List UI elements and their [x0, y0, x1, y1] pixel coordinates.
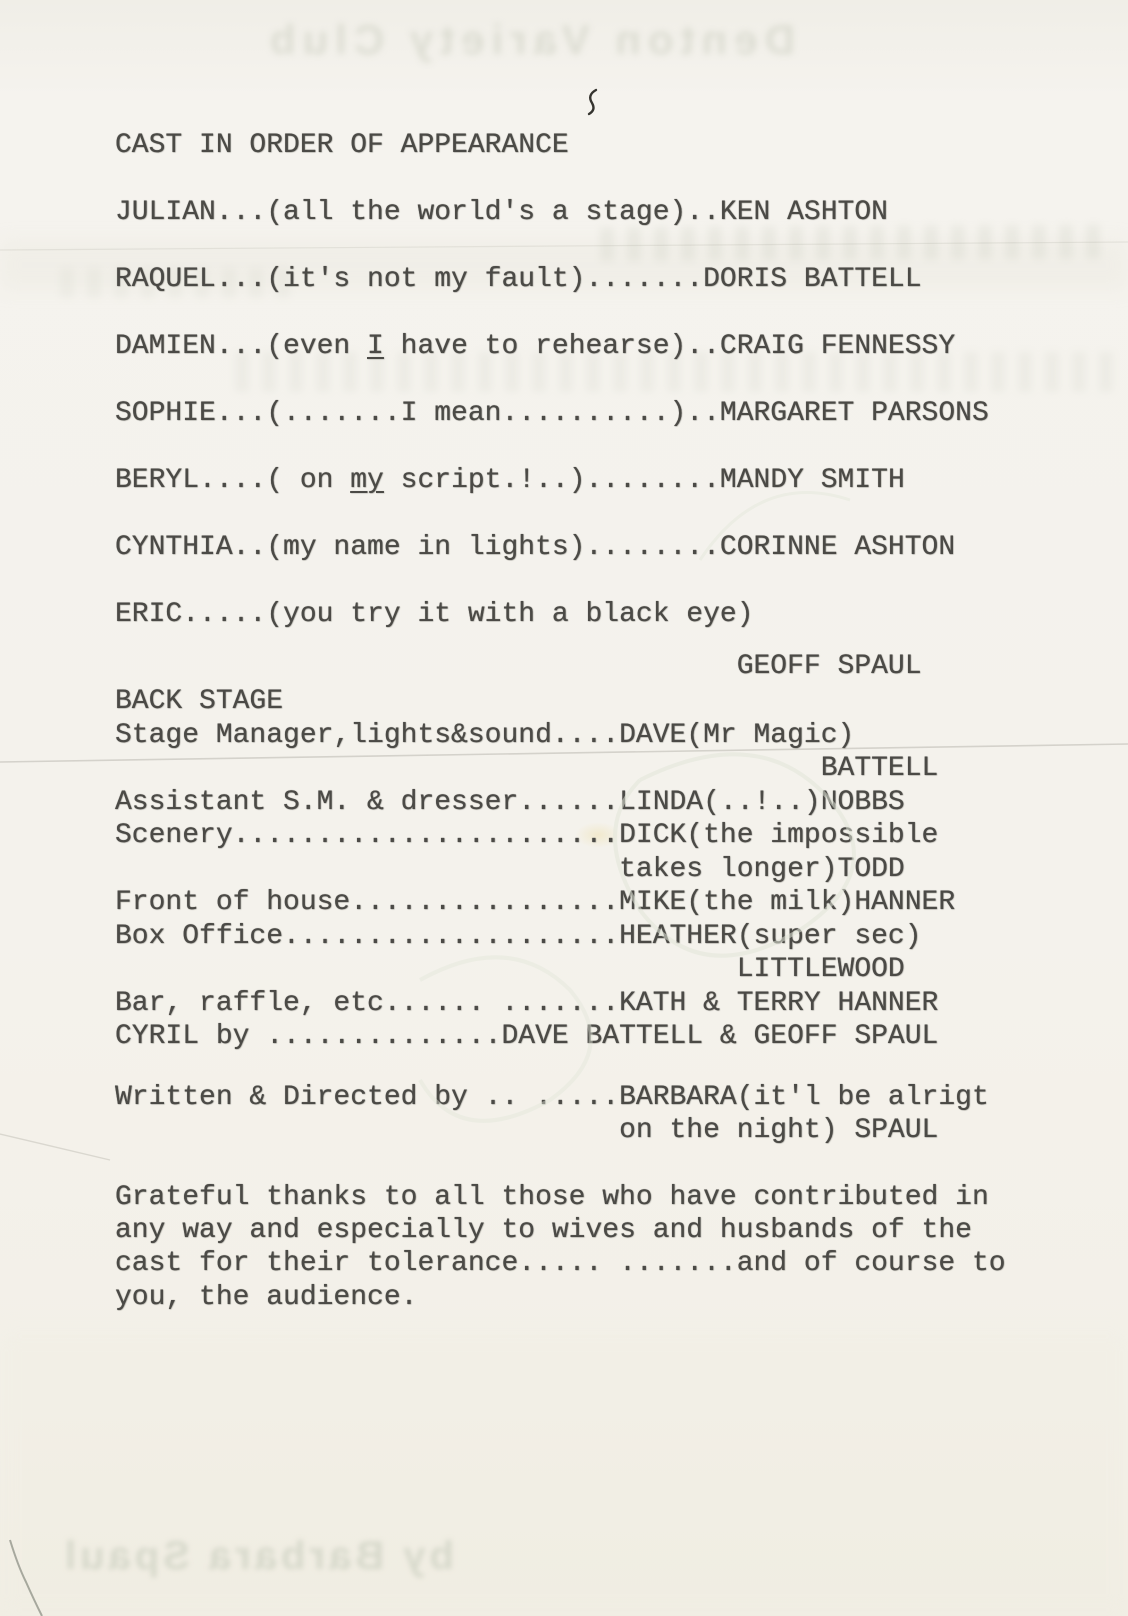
text-line: BATTELL — [115, 752, 1105, 786]
text-line: Assistant S.M. & dresser......LINDA(..!.… — [115, 786, 1105, 820]
thanks-section: Grateful thanks to all those who have co… — [115, 1181, 1105, 1315]
text-line: SOPHIE...(.......I mean..........)..MARG… — [115, 380, 1105, 447]
cast-section: CAST IN ORDER OF APPEARANCEJULIAN...(all… — [115, 112, 1105, 648]
cast-cont-section: GEOFF SPAUL — [115, 648, 1105, 685]
text-line: CYNTHIA..(my name in lights)........CORI… — [115, 514, 1105, 581]
paper-shading — [0, 1330, 1128, 1616]
text-line: CAST IN ORDER OF APPEARANCE — [115, 112, 1105, 179]
credits-section: Written & Directed by .. .....BARBARA(it… — [115, 1081, 1105, 1148]
text-line: RAQUEL...(it's not my fault).......DORIS… — [115, 246, 1105, 313]
ghost-text-top: Denton Variety Club — [195, 16, 795, 64]
text-line: Stage Manager,lights&sound....DAVE(Mr Ma… — [115, 719, 1105, 753]
text-line: cast for their tolerance..... .......and… — [115, 1247, 1105, 1280]
scanned-page: Denton Variety Club CAST IN ORDER OF APP… — [0, 0, 1128, 1616]
typed-text: CAST IN ORDER OF APPEARANCEJULIAN...(all… — [115, 112, 1105, 1314]
text-line: BERYL....( on my script.!..)........MAND… — [115, 447, 1105, 514]
text-line: LITTLEWOOD — [115, 953, 1105, 987]
text-line: GEOFF SPAUL — [115, 648, 1105, 685]
text-line: Grateful thanks to all those who have co… — [115, 1181, 1105, 1214]
text-line: DAMIEN...(even I have to rehearse)..CRAI… — [115, 313, 1105, 380]
text-line: BACK STAGE — [115, 685, 1105, 719]
text-line: on the night) SPAUL — [115, 1114, 1105, 1148]
pen-mark-icon — [10, 1540, 42, 1616]
fold-crease — [0, 1134, 110, 1160]
text-line: ERIC.....(you try it with a black eye) — [115, 581, 1105, 648]
text-line: Bar, raffle, etc...... .......KATH & TER… — [115, 987, 1105, 1021]
backstage-section: BACK STAGEStage Manager,lights&sound....… — [115, 685, 1105, 1054]
ghost-text-bottom: by Barbara Spaul — [14, 1534, 454, 1579]
text-line: CYRIL by ..............DAVE BATTELL & GE… — [115, 1020, 1105, 1054]
text-line: JULIAN...(all the world's a stage)..KEN … — [115, 179, 1105, 246]
text-line: any way and especially to wives and husb… — [115, 1214, 1105, 1247]
text-line: Written & Directed by .. .....BARBARA(it… — [115, 1081, 1105, 1115]
text-line: Scenery.......................DICK(the i… — [115, 819, 1105, 853]
pen-mark-icon — [589, 90, 596, 114]
text-line: Front of house................MIKE(the m… — [115, 886, 1105, 920]
text-line: you, the audience. — [115, 1281, 1105, 1314]
text-line: takes longer)TODD — [115, 853, 1105, 887]
text-line: Box Office....................HEATHER(su… — [115, 920, 1105, 954]
